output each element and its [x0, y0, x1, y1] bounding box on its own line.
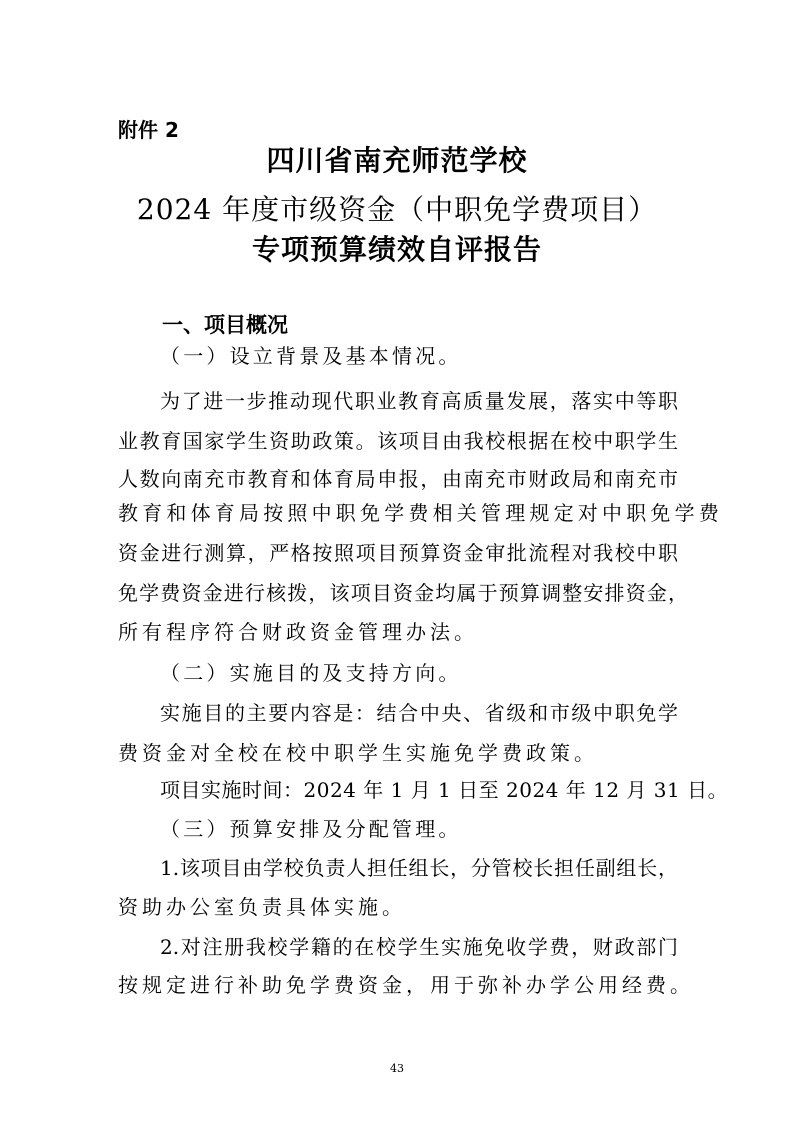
document-title-line-2: 2024 年度市级资金（中职免学费项目） — [0, 196, 794, 224]
paragraph-line: 实施目的主要内容是：结合中央、省级和市级中职免学 — [160, 703, 678, 723]
paragraph-line: 所有程序符合财政资金管理办法。 — [118, 622, 678, 642]
attachment-label: 附件 2 — [118, 114, 179, 143]
paragraph-line: 项目实施时间：2024 年 1 月 1 日至 2024 年 12 月 31 日。 — [160, 780, 678, 800]
paragraph-line: 1.该项目由学校负责人担任组长，分管校长担任副组长， — [160, 858, 678, 878]
subsection-heading-3: （三）预算安排及分配管理。 — [160, 819, 678, 839]
paragraph-line: 业教育国家学生资助政策。该项目由我校根据在校中职学生 — [118, 431, 678, 451]
paragraph-line: 人数向南充市教育和体育局申报，由南充市财政局和南充市 — [118, 469, 678, 489]
paragraph-line: 为了进一步推动现代职业教育高质量发展，落实中等职 — [160, 391, 678, 411]
document-title-line-1: 四川省南充师范学校 — [0, 147, 794, 175]
paragraph-line: 资金进行测算，严格按照项目预算资金审批流程对我校中职 — [118, 543, 678, 563]
paragraph-line: 教育和体育局按照中职免学费相关管理规定对中职免学费 — [118, 503, 678, 523]
subsection-heading-1: （一）设立背景及基本情况。 — [160, 346, 678, 366]
section-heading: 一、项目概况 — [162, 309, 288, 339]
document-title-line-3: 专项预算绩效自评报告 — [0, 236, 794, 264]
page-number: 43 — [0, 1062, 794, 1075]
paragraph-line: 按规定进行补助免学费资金，用于弥补办学公用经费。 — [118, 975, 678, 995]
paragraph-line: 免学费资金进行核拨，该项目资金均属于预算调整安排资金， — [118, 583, 688, 603]
paragraph-line: 2.对注册我校学籍的在校学生实施免收学费，财政部门 — [160, 937, 678, 957]
subsection-heading-2: （二）实施目的及支持方向。 — [160, 663, 678, 683]
paragraph-line: 资助办公室负责具体实施。 — [118, 897, 678, 917]
paragraph-line: 费资金对全校在校中职学生实施免学费政策。 — [118, 743, 678, 763]
